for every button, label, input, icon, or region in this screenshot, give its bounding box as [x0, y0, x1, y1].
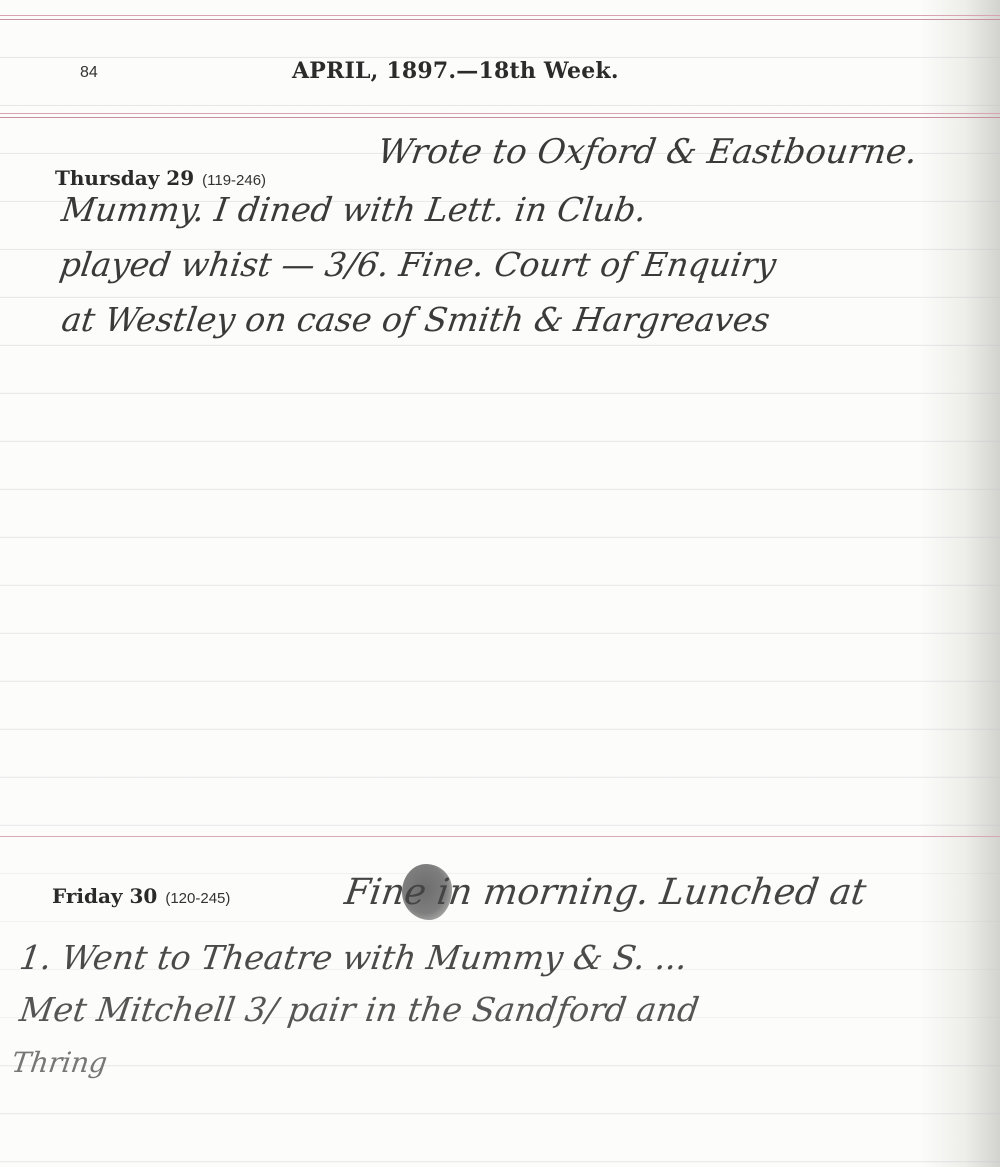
diary-page: 84 APRIL, 1897.—18th Week. Thursday 29(1… [0, 0, 1000, 1167]
handwritten-line: Met Mitchell 3/ pair in the Sandford and [17, 990, 701, 1029]
day-heading: Friday 30(120-245) [52, 884, 230, 908]
day-separator-red-rule [0, 836, 1000, 838]
day-name: Friday 30 [52, 884, 157, 908]
handwritten-line: Mummy. I dined with Lett. in Club. [59, 190, 649, 229]
handwritten-line: Wrote to Oxford & Eastbourne. [375, 132, 920, 172]
handwritten-line: Thring [10, 1046, 110, 1079]
day-heading: Thursday 29(119-246) [55, 166, 266, 190]
day-name: Thursday 29 [55, 166, 194, 190]
page-number: 84 [80, 64, 98, 82]
handwritten-line: 1. Went to Theatre with Mummy & S. ... [17, 938, 690, 977]
top-red-rule [0, 15, 1000, 20]
handwritten-line: Fine in morning. Lunched at [342, 872, 869, 913]
handwritten-line: played whist — 3/6. Fine. Court of Enqui… [57, 245, 778, 284]
day-count: (120-245) [165, 890, 230, 907]
handwritten-line: at Westley on case of Smith & Hargreaves [59, 300, 772, 339]
header-bottom-red-rule [0, 113, 1000, 118]
day-count: (119-246) [202, 172, 266, 189]
page-header-title: APRIL, 1897.—18th Week. [292, 58, 619, 84]
